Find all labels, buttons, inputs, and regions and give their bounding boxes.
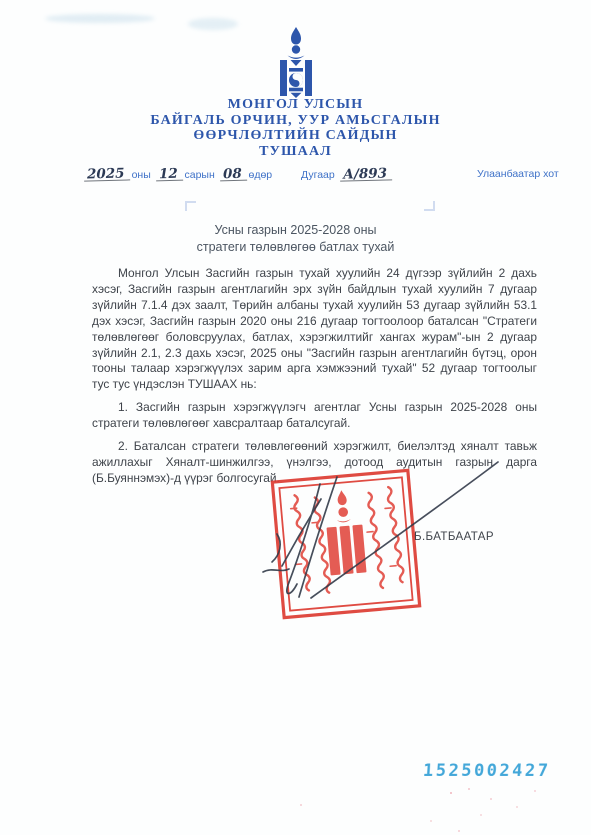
- scan-smudge: [45, 14, 155, 23]
- scanned-decree-page: МОНГОЛ УЛСЫН БАЙГАЛЬ ОРЧИН, УУР АМЬСГАЛЫ…: [0, 0, 591, 835]
- clause-1-paragraph: 1. Засгийн газрын хэрэгжүүлэгч агентлаг …: [92, 400, 537, 432]
- header-line-country: МОНГОЛ УЛСЫН: [0, 97, 591, 113]
- date-day-label: өдөр: [246, 169, 274, 181]
- header-line-ministry-2: ӨӨРЧЛӨЛТИЙН САЙДЫН: [0, 128, 591, 144]
- decree-body: Монгол Улсын Засгийн газрын тухай хуулий…: [92, 266, 537, 498]
- scan-smudge: [188, 18, 238, 30]
- decree-number-label: Дугаар: [299, 169, 337, 181]
- decree-number-group: Дугаар А/893: [299, 168, 392, 181]
- decree-title-line1: Усны газрын 2025-2028 оны: [0, 222, 591, 239]
- date-year-label: оны: [130, 169, 153, 181]
- decree-title-line2: стратеги төлөвлөгөө батлах тухай: [0, 239, 591, 256]
- legal-basis-paragraph: Монгол Улсын Засгийн газрын тухай хуулий…: [92, 266, 537, 393]
- date-year-value: 2025: [84, 167, 130, 181]
- decree-number-value: А/893: [339, 167, 391, 181]
- serial-number: 1525002427: [422, 761, 551, 781]
- signatory-name: Б.БАТБААТАР: [414, 531, 494, 543]
- city-label: Улаанбаатар хот: [477, 168, 559, 180]
- date-month-value: 12: [156, 168, 183, 182]
- title-cropmark-right: [424, 201, 435, 211]
- header-line-doc-type: ТУШААЛ: [0, 144, 591, 160]
- header-line-ministry-1: БАЙГАЛЬ ОРЧИН, УУР АМЬСГАЛЫН: [0, 113, 591, 129]
- scan-speckles: [450, 792, 452, 794]
- date-day-value: 08: [220, 168, 247, 182]
- soyombo-icon: [272, 26, 320, 98]
- date-group: 2025оны 12сарын 08өдөр: [84, 168, 274, 181]
- date-month-label: сарын: [182, 169, 216, 181]
- title-cropmark-left: [185, 201, 196, 211]
- decree-title: Усны газрын 2025-2028 оны стратеги төлөв…: [0, 222, 591, 256]
- date-number-line: 2025оны 12сарын 08өдөр Дугаар А/893 Улаа…: [0, 164, 591, 192]
- red-seal-stamp: [270, 468, 422, 620]
- ministry-header: МОНГОЛ УЛСЫН БАЙГАЛЬ ОРЧИН, УУР АМЬСГАЛЫ…: [0, 97, 591, 159]
